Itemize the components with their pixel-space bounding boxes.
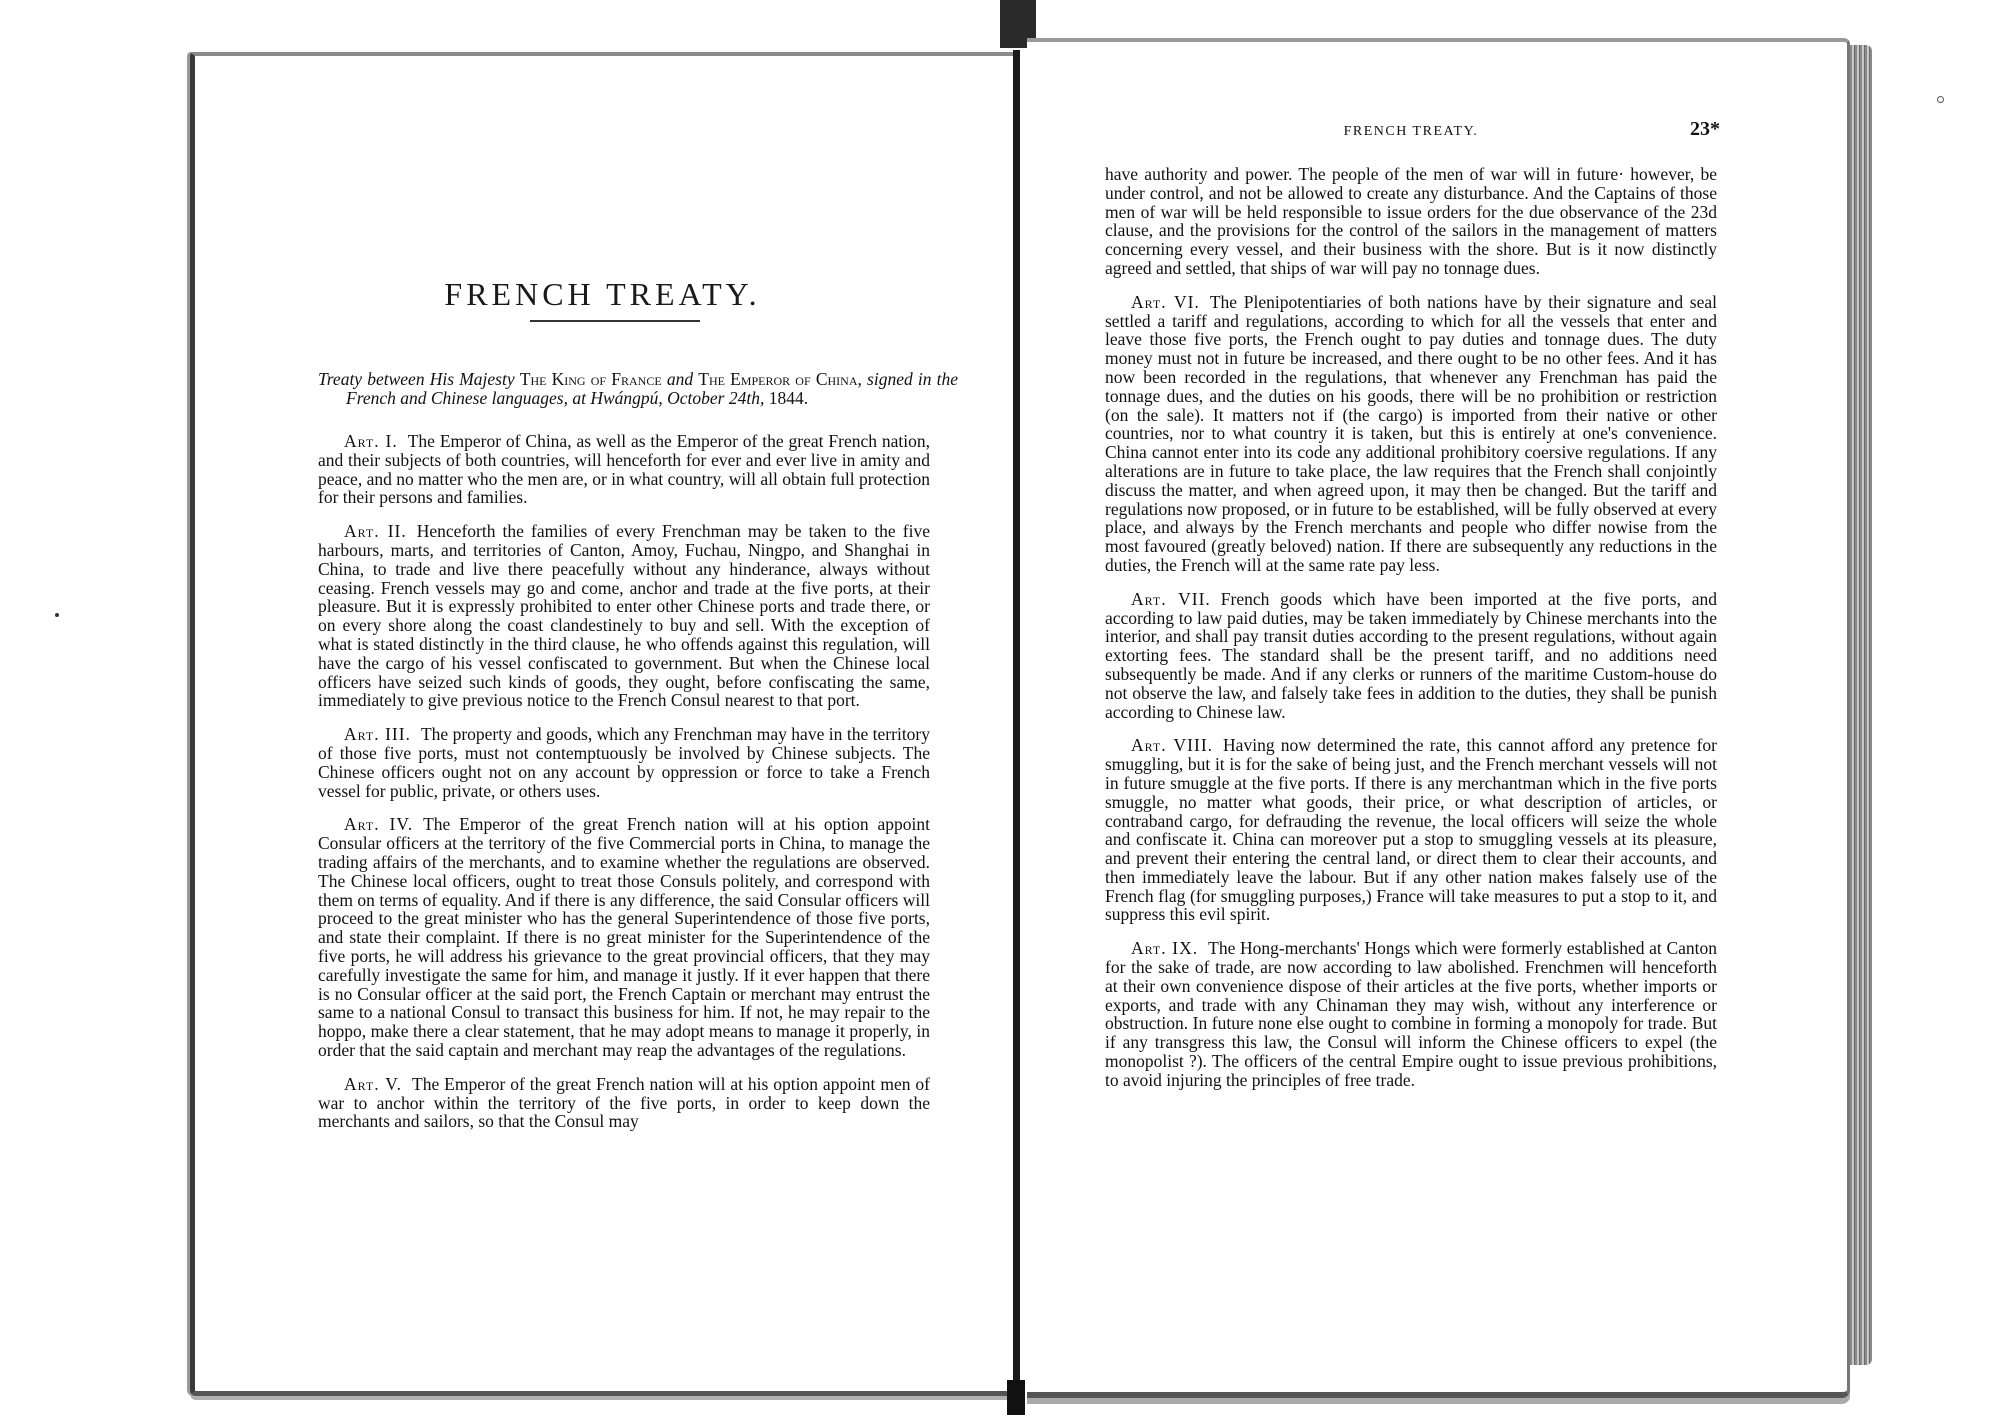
preamble-part: The King of France: [520, 369, 662, 389]
article-6: Art. VI.The Plenipotentiaries of both na…: [1105, 293, 1717, 575]
left-page-body: Art. I.The Emperor of China, as well as …: [318, 432, 930, 1146]
article-text: The Hong-merchants' Hongs which were for…: [1105, 938, 1717, 1090]
article-number: Art. VI.: [1131, 292, 1200, 312]
page-fore-edge: [1850, 45, 1872, 1365]
article-text: The Emperor of China, as well as the Emp…: [318, 431, 930, 507]
article-number: Art. IV.: [344, 814, 413, 834]
article-number: Art. IX.: [1131, 938, 1198, 958]
spine-bottom-shadow: [1007, 1380, 1025, 1415]
article-8: Art. VIII.Having now determined the rate…: [1105, 736, 1717, 924]
preamble-part: Treaty between His Majesty: [318, 369, 515, 389]
title-divider: [530, 320, 700, 322]
article-9: Art. IX.The Hong-merchants' Hongs which …: [1105, 939, 1717, 1089]
preamble-part: and: [667, 369, 693, 389]
page-number: 23*: [1660, 118, 1720, 141]
article-number: Art. VII.: [1131, 589, 1211, 609]
article-number: Art. III.: [344, 724, 411, 744]
preamble-part: 1844.: [769, 388, 808, 408]
right-page-body: have authority and power. The people of …: [1105, 165, 1717, 1105]
article-7: Art. VII.French goods which have been im…: [1105, 590, 1717, 722]
treaty-preamble: Treaty between His Majesty The King of F…: [318, 370, 958, 408]
book-spine: [1013, 50, 1020, 1390]
article-number: Art. I.: [344, 431, 398, 451]
article-1: Art. I.The Emperor of China, as well as …: [318, 432, 930, 507]
article-5-continuation: have authority and power. The people of …: [1105, 165, 1717, 278]
article-text: The Emperor of the great French nation w…: [318, 1074, 930, 1132]
article-4: Art. IV.The Emperor of the great French …: [318, 815, 930, 1059]
article-text: Having now determined the rate, this can…: [1105, 735, 1717, 924]
article-number: Art. V.: [344, 1074, 402, 1094]
article-text: The Plenipotentiaries of both nations ha…: [1105, 292, 1717, 575]
article-text: The Emperor of the great French nation w…: [318, 814, 930, 1060]
page-title: FRENCH TREATY.: [190, 276, 1015, 313]
running-head: FRENCH TREATY.: [1105, 124, 1717, 140]
scan-speck: [55, 613, 59, 617]
article-3: Art. III.The property and goods, which a…: [318, 725, 930, 800]
scan-speck: [1937, 96, 1944, 103]
article-text: French goods which have been imported at…: [1105, 589, 1717, 722]
preamble-part: The Emperor of China,: [698, 369, 862, 389]
open-book: FRENCH TREATY. Treaty between His Majest…: [0, 0, 2000, 1415]
article-number: Art. II.: [344, 521, 407, 541]
article-2: Art. II.Henceforth the families of every…: [318, 522, 930, 710]
article-text: Henceforth the families of every Frenchm…: [318, 521, 930, 710]
article-5: Art. V.The Emperor of the great French n…: [318, 1075, 930, 1131]
article-number: Art. VIII.: [1131, 735, 1213, 755]
